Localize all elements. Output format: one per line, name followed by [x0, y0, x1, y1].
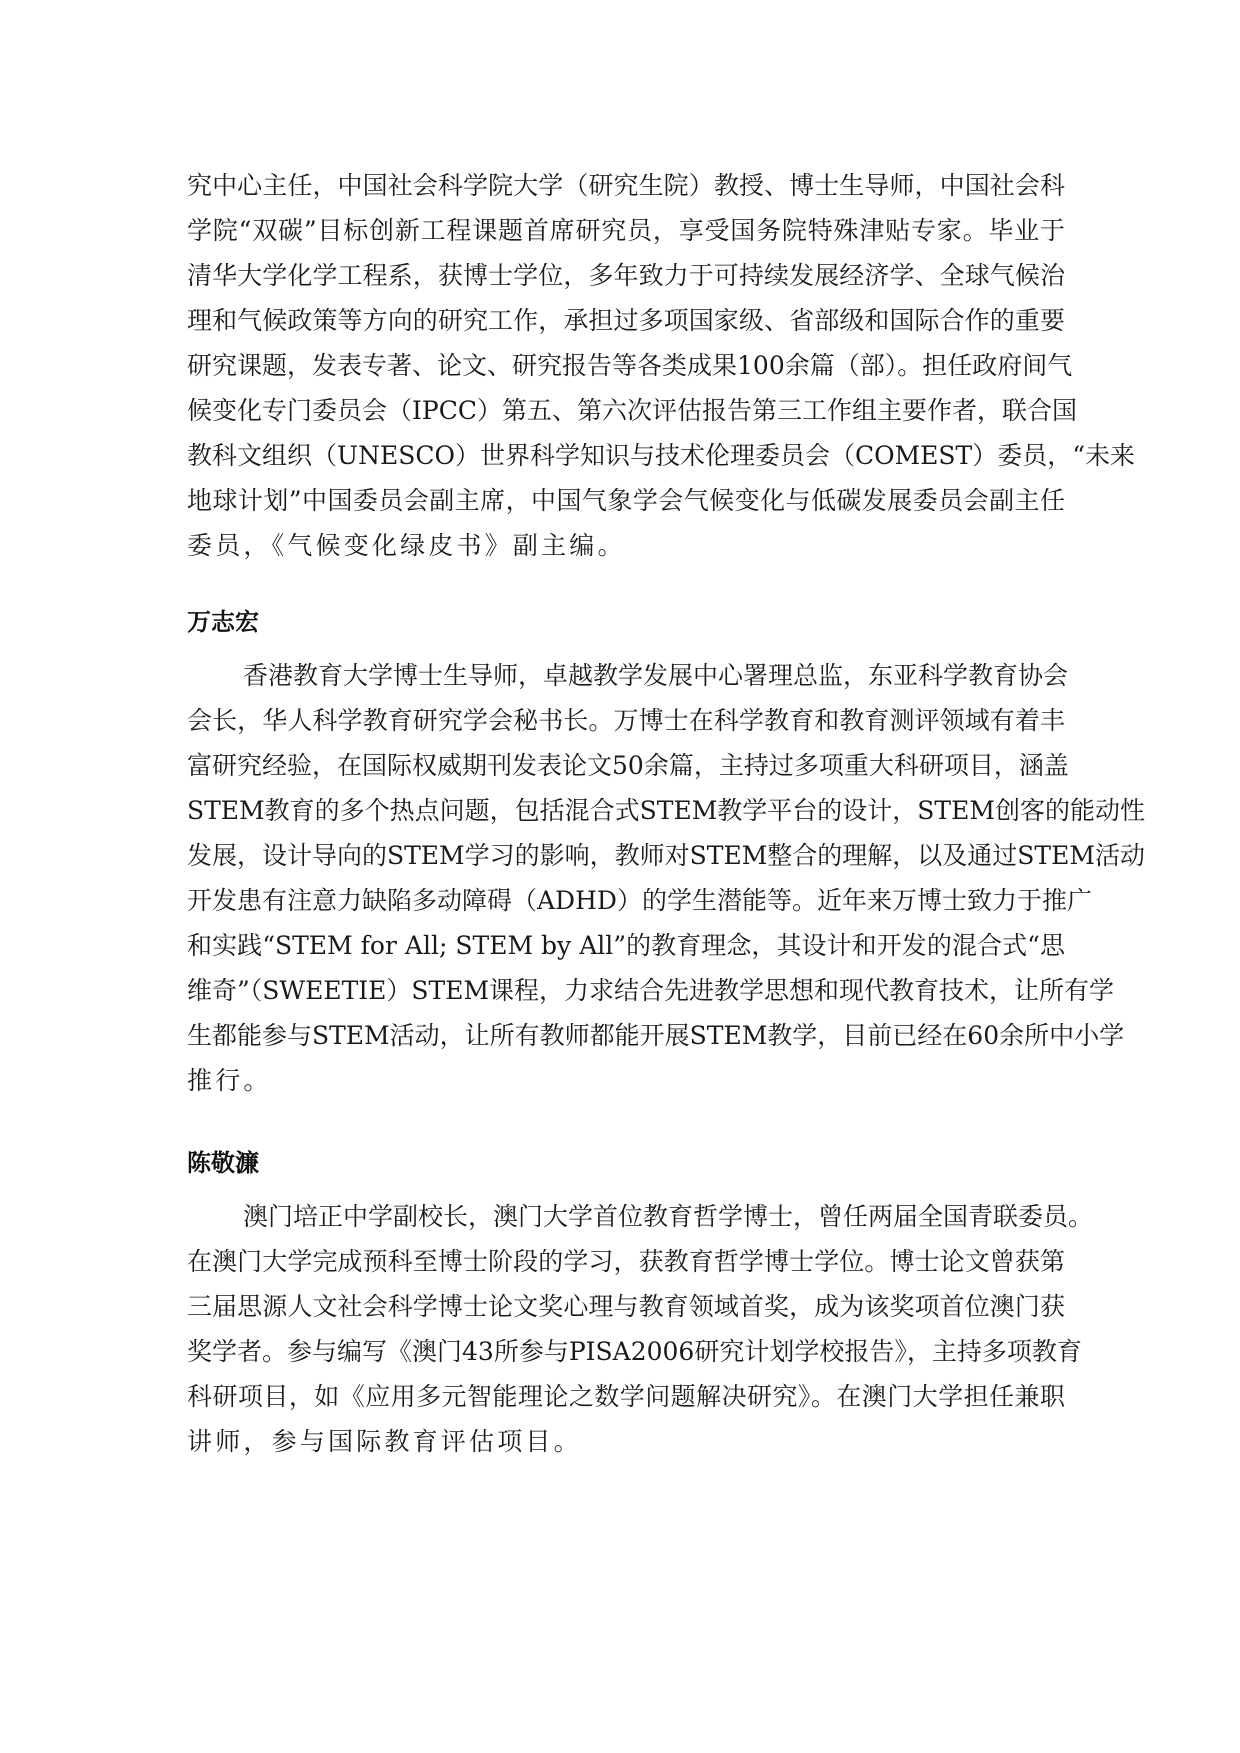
- text-line: 学院“双碳”目标创新工程课题首席研究员，享受国务院特殊津贴专家。毕业于: [187, 215, 1065, 247]
- text-line: 理和气候政策等方向的研究工作，承担过多项国家级、省部级和国际合作的重要: [187, 305, 1065, 337]
- text-line: 讲师，参与国际教育评估项目。: [187, 1426, 1065, 1458]
- text-line: 清华大学化学工程系，获博士学位，多年致力于可持续发展经济学、全球气候治: [187, 260, 1065, 292]
- text-line: 推行。: [187, 1065, 1065, 1097]
- text-line: 奖学者。参与编写《澳门43所参与PISA2006研究计划学校报告》，主持多项教育: [187, 1336, 1065, 1368]
- text-line: 维奇”（SWEETIE）STEM课程，力求结合先进教学思想和现代教育技术，让所有…: [187, 975, 1065, 1007]
- text-line: 会长，华人科学教育研究学会秘书长。万博士在科学教育和教育测评领域有着丰: [187, 705, 1065, 737]
- text-line: 和实践“STEM for All; STEM by All”的教育理念，其设计和…: [187, 930, 1065, 962]
- text-line: 究中心主任，中国社会科学院大学（研究生院）教授、博士生导师，中国社会科: [187, 170, 1065, 202]
- text-line: 地球计划”中国委员会副主席，中国气象学会气候变化与低碳发展委员会副主任: [187, 485, 1065, 517]
- text-line: 教科文组织（UNESCO）世界科学知识与技术伦理委员会（COMEST）委员，“未…: [187, 440, 1065, 472]
- text-line: 三届思源人文社会科学博士论文奖心理与教育领域首奖，成为该奖项首位澳门获: [187, 1291, 1065, 1323]
- text-line: 开发患有注意力缺陷多动障碍（ADHD）的学生潜能等。近年来万博士致力于推广: [187, 885, 1065, 917]
- text-line: 澳门培正中学副校长，澳门大学首位教育哲学博士，曾任两届全国青联委员。: [243, 1201, 1065, 1233]
- text-line: 研究课题，发表专著、论文、研究报告等各类成果100余篇（部）。担任政府间气: [187, 350, 1065, 382]
- person-name-heading: 陈敬濂: [187, 1146, 259, 1180]
- text-line: 科研项目，如《应用多元智能理论之数学问题解决研究》。在澳门大学担任兼职: [187, 1381, 1065, 1413]
- text-line: 委员，《气候变化绿皮书》副主编。: [187, 530, 1065, 562]
- document-page: 究中心主任，中国社会科学院大学（研究生院）教授、博士生导师，中国社会科 学院“双…: [0, 0, 1240, 1753]
- text-line: 生都能参与STEM活动，让所有教师都能开展STEM教学，目前已经在60余所中小学: [187, 1020, 1065, 1052]
- text-line: 发展，设计导向的STEM学习的影响，教师对STEM整合的理解，以及通过STEM活…: [187, 840, 1065, 872]
- text-line: 香港教育大学博士生导师，卓越教学发展中心署理总监，东亚科学教育协会: [243, 660, 1065, 692]
- text-line: 在澳门大学完成预科至博士阶段的学习，获教育哲学博士学位。博士论文曾获第: [187, 1246, 1065, 1278]
- person-name-heading: 万志宏: [187, 605, 259, 639]
- text-line: STEM教育的多个热点问题，包括混合式STEM教学平台的设计，STEM创客的能动…: [187, 795, 1065, 827]
- text-line: 富研究经验，在国际权威期刊发表论文50余篇，主持过多项重大科研项目，涵盖: [187, 750, 1065, 782]
- text-line: 候变化专门委员会（IPCC）第五、第六次评估报告第三工作组主要作者，联合国: [187, 395, 1065, 427]
